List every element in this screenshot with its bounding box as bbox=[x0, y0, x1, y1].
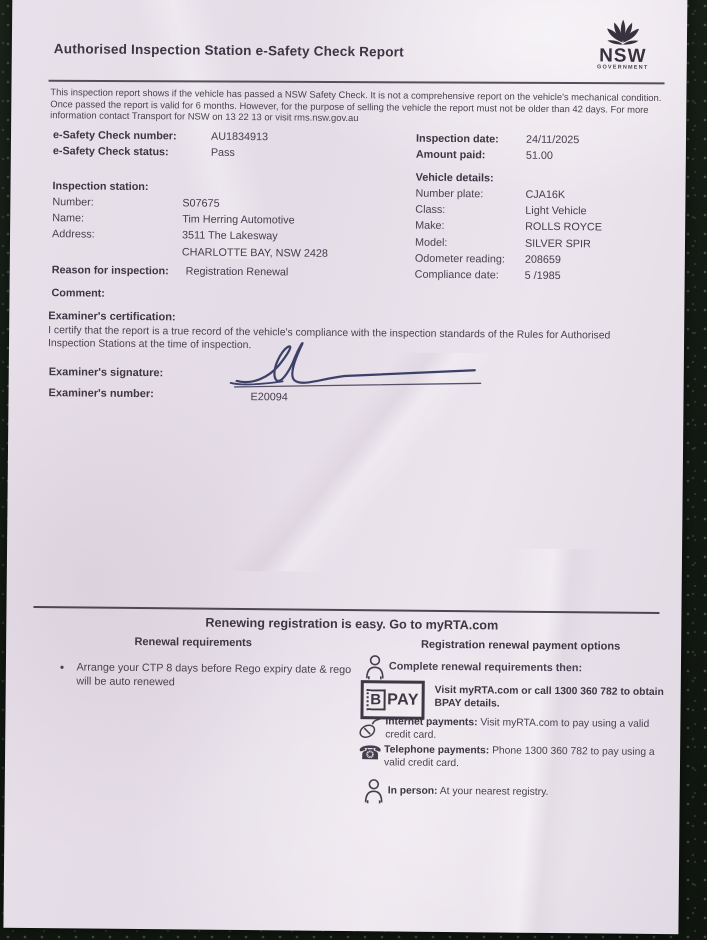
station-name-value: Tim Herring Automotive bbox=[182, 214, 295, 227]
station-address-value: 3511 The Lakesway bbox=[182, 230, 278, 243]
disclaimer-text: This inspection report shows if the vehi… bbox=[50, 86, 664, 127]
page-title: Authorised Inspection Station e-Safety C… bbox=[54, 41, 404, 59]
check-status-row: e-Safety Check status: Pass bbox=[53, 145, 383, 160]
check-status-label: e-Safety Check status: bbox=[53, 145, 211, 159]
number-plate-value: CJA16K bbox=[525, 189, 565, 201]
class-label: Class: bbox=[415, 204, 525, 217]
waratah-icon bbox=[603, 16, 643, 48]
check-number-label: e-Safety Check number: bbox=[53, 129, 211, 143]
telephone-payments-text: Telephone payments: Phone 1300 360 782 t… bbox=[384, 744, 656, 772]
person-icon bbox=[360, 778, 388, 804]
vehicle-details-section: Vehicle details: Number plate: CJA16K Cl… bbox=[415, 172, 701, 288]
model-label: Model: bbox=[415, 236, 525, 249]
nsw-logo-text: NSW bbox=[592, 48, 654, 65]
examiner-signature bbox=[223, 337, 486, 396]
person-icon bbox=[361, 654, 389, 680]
nsw-government-logo: NSW GOVERNMENT bbox=[592, 16, 655, 71]
in-person-detail: At your nearest registry. bbox=[437, 786, 548, 798]
ctp-bullet-text: Arrange your CTP 8 days before Rego expi… bbox=[76, 661, 360, 691]
bpay-b-letter: B bbox=[366, 689, 385, 710]
examiner-number-label: Examiner's number: bbox=[48, 387, 153, 400]
odometer-label: Odometer reading: bbox=[415, 252, 525, 265]
telephone-icon: ☎ bbox=[356, 744, 384, 764]
comment-label: Comment: bbox=[51, 287, 105, 300]
in-person-text: In person: At your nearest registry. bbox=[388, 785, 660, 800]
payment-options-heading: Registration renewal payment options bbox=[398, 639, 643, 653]
inspection-station-heading: Inspection station: bbox=[52, 180, 392, 195]
inspection-date-label: Inspection date: bbox=[416, 133, 526, 146]
compliance-date-label: Compliance date: bbox=[415, 269, 525, 282]
bullet-icon: • bbox=[60, 661, 77, 688]
station-number-label: Number: bbox=[52, 196, 182, 209]
amount-paid-label: Amount paid: bbox=[416, 149, 526, 162]
bpay-logo: B PAY bbox=[360, 680, 424, 720]
report-sheet: Authorised Inspection Station e-Safety C… bbox=[3, 0, 687, 934]
compliance-date-value: 5 /1985 bbox=[525, 270, 561, 282]
make-value: ROLLS ROYCE bbox=[525, 221, 602, 234]
bpay-line2: BPAY details. bbox=[435, 697, 685, 712]
class-value: Light Vehicle bbox=[525, 205, 586, 218]
in-person-label: In person: bbox=[388, 785, 438, 796]
vehicle-row: Odometer reading: 208659 bbox=[415, 252, 700, 267]
in-person-item: In person: At your nearest registry. bbox=[360, 778, 670, 807]
signature-ink-icon bbox=[223, 337, 486, 396]
inspection-date-row: Inspection date: 24/11/2025 bbox=[416, 133, 686, 148]
station-row: Number: S07675 bbox=[52, 196, 392, 211]
telephone-payments-item: ☎ Telephone payments: Phone 1300 360 782… bbox=[356, 744, 666, 772]
renewal-heading: Renewing registration is easy. Go to myR… bbox=[0, 614, 705, 635]
internet-payments-item: Internet payments: Visit myRTA.com to pa… bbox=[357, 716, 667, 744]
station-row: Address: 3511 The Lakesway bbox=[52, 229, 392, 244]
examiner-number-value: E20094 bbox=[250, 391, 287, 403]
vehicle-row: Make: ROLLS ROYCE bbox=[415, 220, 700, 235]
amount-paid-row: Amount paid: 51.00 bbox=[416, 149, 686, 164]
check-summary-right: Inspection date: 24/11/2025 Amount paid:… bbox=[416, 133, 686, 168]
amount-paid-value: 51.00 bbox=[526, 150, 553, 162]
model-value: SILVER SPIR bbox=[525, 237, 591, 250]
make-label: Make: bbox=[415, 220, 525, 233]
number-plate-label: Number plate: bbox=[415, 188, 525, 201]
renewal-divider bbox=[33, 606, 659, 614]
station-address-label: Address: bbox=[52, 229, 182, 242]
reason-value: Registration Renewal bbox=[186, 265, 289, 278]
complete-requirements-item: Complete renewal requirements then: bbox=[361, 654, 661, 683]
reason-label: Reason for inspection: bbox=[52, 264, 169, 277]
vehicle-row: Class: Light Vehicle bbox=[415, 204, 700, 219]
station-name-label: Name: bbox=[52, 212, 182, 225]
station-row: Name: Tim Herring Automotive bbox=[52, 212, 392, 227]
internet-payments-text: Internet payments: Visit myRTA.com to pa… bbox=[385, 716, 657, 744]
vehicle-row: Model: SILVER SPIR bbox=[415, 236, 700, 251]
vehicle-row: Compliance date: 5 /1985 bbox=[415, 269, 700, 284]
internet-payments-label: Internet payments: bbox=[385, 716, 477, 728]
inspection-date-value: 24/11/2025 bbox=[526, 134, 579, 147]
certification-heading: Examiner's certification: bbox=[48, 310, 175, 323]
odometer-value: 208659 bbox=[525, 253, 561, 265]
comment-row: Comment: bbox=[51, 287, 105, 300]
nsw-logo-subtext: GOVERNMENT bbox=[592, 64, 654, 71]
check-summary-left: e-Safety Check number: AU1834913 e-Safet… bbox=[53, 129, 383, 165]
complete-requirements-text: Complete renewal requirements then: bbox=[389, 660, 582, 674]
renewal-requirements-heading: Renewal requirements bbox=[93, 636, 293, 650]
signature-label: Examiner's signature: bbox=[49, 366, 164, 379]
mouse-icon bbox=[357, 716, 385, 740]
check-status-value: Pass bbox=[211, 147, 235, 159]
telephone-payments-label: Telephone payments: bbox=[384, 744, 489, 756]
reason-row: Reason for inspection: Registration Rene… bbox=[52, 264, 289, 278]
station-address2-label bbox=[52, 245, 182, 258]
vehicle-row: Number plate: CJA16K bbox=[415, 188, 700, 203]
ctp-bullet-item: • Arrange your CTP 8 days before Rego ex… bbox=[60, 661, 360, 691]
station-row: CHARLOTTE BAY, NSW 2428 bbox=[52, 245, 392, 260]
bpay-pay-letters: PAY bbox=[387, 691, 419, 709]
bpay-instructions: Visit myRTA.com or call 1300 360 782 to … bbox=[435, 685, 685, 713]
station-number-value: S07675 bbox=[182, 197, 219, 209]
check-number-row: e-Safety Check number: AU1834913 bbox=[53, 129, 383, 144]
header-divider bbox=[49, 80, 665, 85]
check-number-value: AU1834913 bbox=[211, 131, 268, 144]
vehicle-details-heading: Vehicle details: bbox=[416, 172, 701, 187]
station-address2-value: CHARLOTTE BAY, NSW 2428 bbox=[182, 246, 328, 259]
inspection-station-section: Inspection station: Number: S07675 Name:… bbox=[52, 180, 393, 264]
